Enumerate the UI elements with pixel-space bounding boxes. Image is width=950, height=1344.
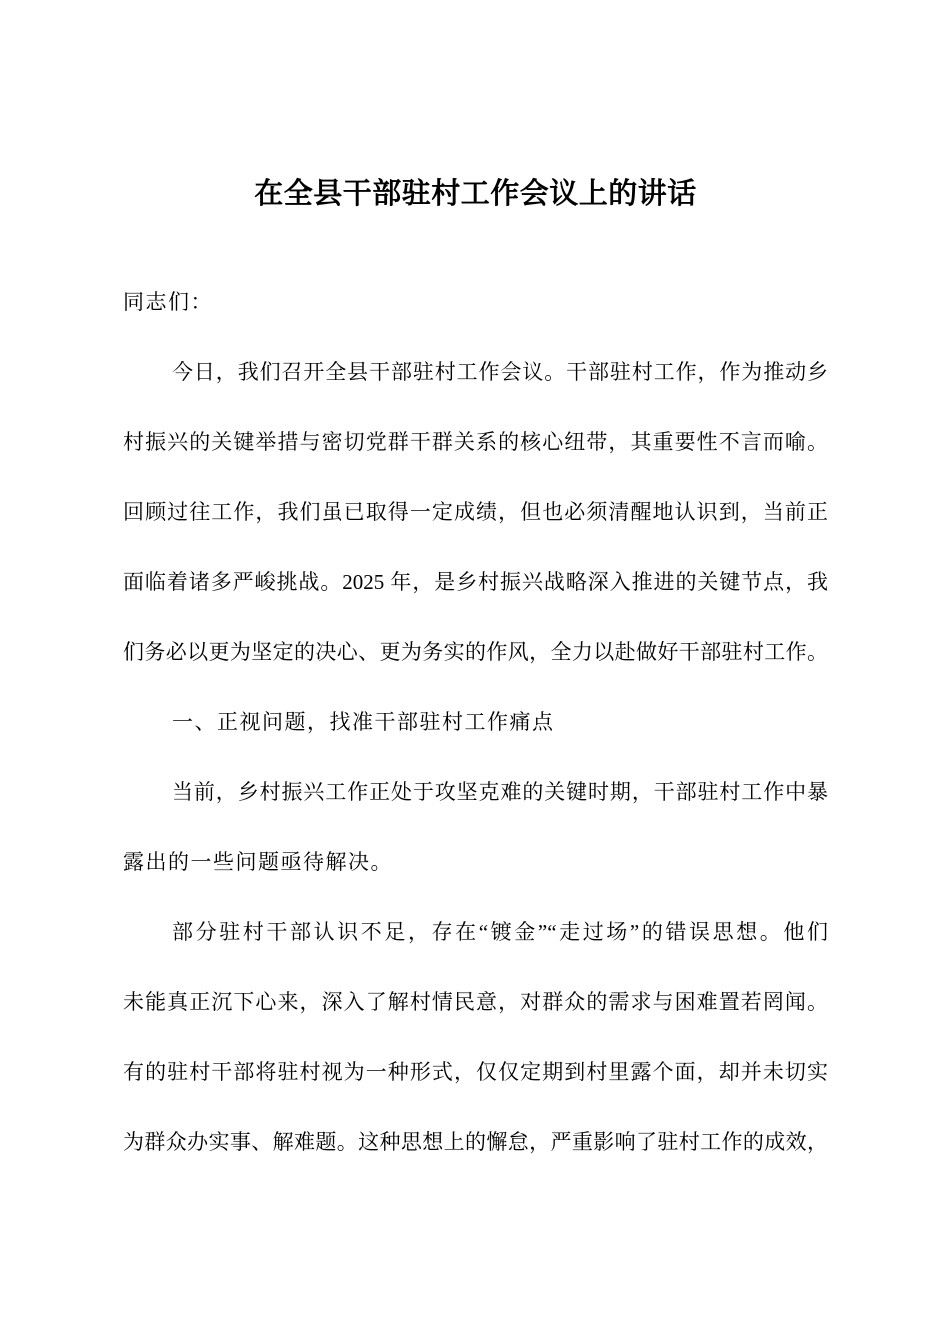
- document-line: 今日，我们召开全县干部驻村工作会议。干部驻村工作，作为推动乡: [123, 337, 828, 407]
- document-title: 在全县干部驻村工作会议上的讲话: [123, 176, 828, 212]
- document-line: 有的驻村干部将驻村视为一种形式，仅仅定期到村里露个面，却并未切实: [123, 1037, 828, 1107]
- document-line: 当前，乡村振兴工作正处于攻坚克难的关键时期，干部驻村工作中暴: [123, 757, 828, 827]
- document-line: 部分驻村干部认识不足，存在“镀金”“走过场”的错误思想。他们: [123, 897, 828, 967]
- document-page: 在全县干部驻村工作会议上的讲话 同志们：今日，我们召开全县干部驻村工作会议。干部…: [0, 0, 950, 1344]
- document-line: 露出的一些问题亟待解决。: [123, 827, 828, 897]
- document-line: 一、正视问题，找准干部驻村工作痛点: [123, 687, 828, 757]
- document-line: 村振兴的关键举措与密切党群干群关系的核心纽带，其重要性不言而喻。: [123, 407, 828, 477]
- document-line: 们务必以更为坚定的决心、更为务实的作风，全力以赴做好干部驻村工作。: [123, 617, 828, 687]
- document-line: 同志们：: [123, 267, 828, 337]
- document-line: 回顾过往工作，我们虽已取得一定成绩，但也必须清醒地认识到，当前正: [123, 477, 828, 547]
- document-body: 同志们：今日，我们召开全县干部驻村工作会议。干部驻村工作，作为推动乡村振兴的关键…: [123, 267, 828, 1177]
- document-line: 面临着诸多严峻挑战。2025 年，是乡村振兴战略深入推进的关键节点，我: [123, 547, 828, 617]
- document-line: 未能真正沉下心来，深入了解村情民意，对群众的需求与困难置若罔闻。: [123, 967, 828, 1037]
- document-line: 为群众办实事、解难题。这种思想上的懈怠，严重影响了驻村工作的成效，: [123, 1107, 828, 1177]
